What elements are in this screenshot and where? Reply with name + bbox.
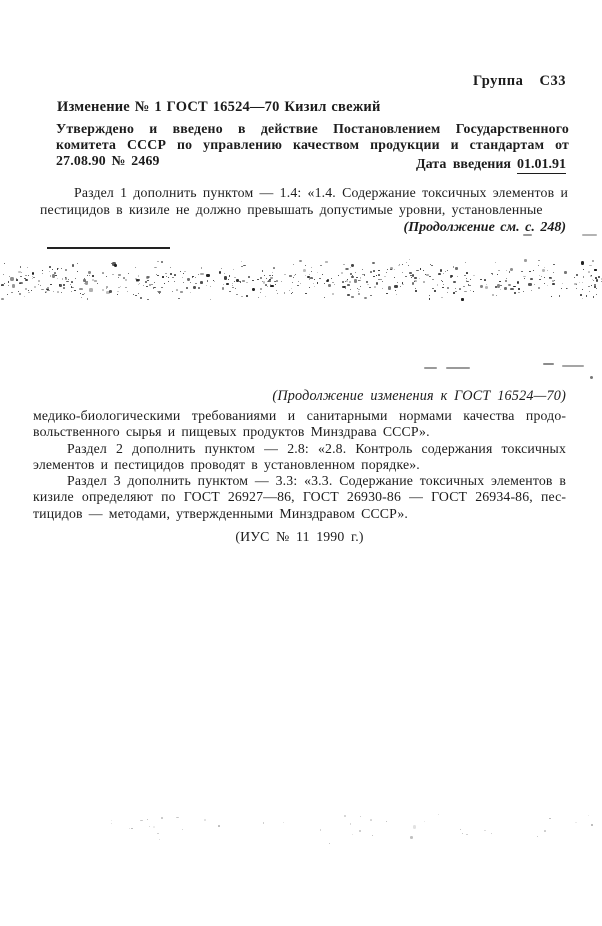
section3-paragraph: Раздел 3 дополнить пунктом — 3.3: «3.3. … [33,473,566,522]
scan-artifact-dash [562,365,584,367]
scan-noise-band [0,258,602,304]
section2-paragraph: Раздел 2 дополнить пунктом — 2.8: «2.8. … [33,441,566,474]
section1-paragraph: Раздел 1 дополнить пунктом — 1.4: «1.4. … [40,185,568,218]
scan-noise-bottom [100,810,592,846]
footnote-rule [47,247,170,249]
ius-note: (ИУС № 11 1990 г.) [33,529,566,545]
scan-artifact-dash [582,234,597,236]
body-paragraph: медико-биологическими требованиями и сан… [33,408,566,441]
body-block: медико-биологическими требованиями и сан… [33,408,566,545]
group-label: Группа С33 [473,73,566,90]
date-label: Дата введения [416,157,511,172]
scan-artifact-dash [424,367,437,369]
amendment-title: Изменение № 1 ГОСТ 16524—70 Кизил свежий [57,99,381,116]
document-page: Группа С33 Изменение № 1 ГОСТ 16524—70 К… [0,0,602,926]
date-value: 01.01.91 [517,157,566,174]
scan-artifact-dot [590,376,593,379]
scan-artifact-dash [523,234,532,236]
date-line: Дата введения01.01.91 [416,157,566,173]
scan-artifact-dash [543,363,554,365]
scan-artifact-dash [446,367,470,369]
continuation-header: (Продолжение изменения к ГОСТ 16524—70) [272,388,566,405]
continuation-note: (Продолжение см. с. 248) [404,220,566,236]
